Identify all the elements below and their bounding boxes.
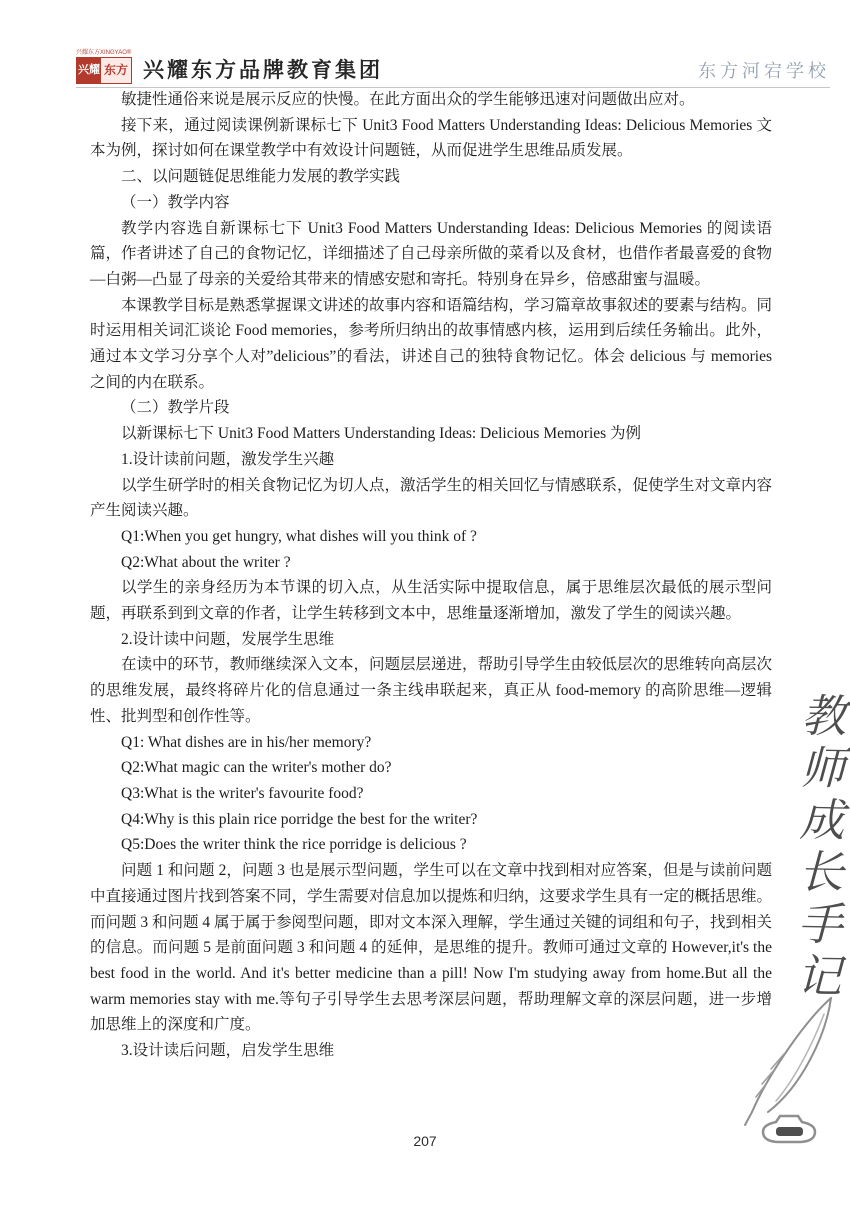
question-line: Q3:What is the writer's favourite food? — [90, 781, 772, 807]
section-heading: 1.设计读前问题，激发学生兴趣 — [90, 447, 772, 473]
section-heading: （二）教学片段 — [90, 395, 772, 421]
brand-title: 兴耀东方品牌教育集团 — [143, 60, 383, 84]
section-heading: 2.设计读中问题，发展学生思维 — [90, 627, 772, 653]
paragraph: 以学生的亲身经历为本节课的切入点，从生活实际中提取信息，属于思维层次最低的展示型… — [90, 575, 772, 626]
question-line: Q4:Why is this plain rice porridge the b… — [90, 807, 772, 833]
logo-seal-icon: 兴耀 东方 — [76, 57, 132, 84]
document-body: 敏捷性通俗来说是展示反应的快慢。在此方面出众的学生能够迅速对问题做出应对。 接下… — [90, 87, 772, 1064]
calligraphy-watermark: 教师成长手记 — [792, 692, 842, 1005]
page-header: 兴耀东方XINGYAO® 兴耀 东方 兴耀东方品牌教育集团 东方河宕学校 — [76, 44, 830, 88]
paragraph: 本课教学目标是熟悉掌握课文讲述的故事内容和语篇结构，学习篇章故事叙述的要素与结构… — [90, 293, 772, 396]
logo-registered-text: 兴耀东方XINGYAO® — [76, 50, 134, 57]
section-heading: （一）教学内容 — [90, 190, 772, 216]
paragraph: 接下来，通过阅读课例新课标七下 Unit3 Food Matters Under… — [90, 113, 772, 164]
question-line: Q2:What about the writer ? — [90, 550, 772, 576]
paragraph: 以学生研学时的相关食物记忆为切人点，激活学生的相关回忆与情感联系，促使学生对文章… — [90, 473, 772, 524]
section-heading: 3.设计读后问题，启发学生思维 — [90, 1038, 772, 1064]
paragraph: 在读中的环节，教师继续深入文本，问题层层递进，帮助引导学生由较低层次的思维转向高… — [90, 652, 772, 729]
question-line: Q5:Does the writer think the rice porrid… — [90, 832, 772, 858]
school-name: 东方河宕学校 — [698, 62, 830, 84]
logo-seal-right: 东方 — [101, 58, 131, 83]
paragraph: 问题 1 和问题 2，问题 3 也是展示型问题，学生可以在文章中找到相对应答案，… — [90, 858, 772, 1038]
paragraph: 以新课标七下 Unit3 Food Matters Understanding … — [90, 421, 772, 447]
paragraph: 教学内容选自新课标七下 Unit3 Food Matters Understan… — [90, 216, 772, 293]
question-line: Q1: What dishes are in his/her memory? — [90, 730, 772, 756]
question-line: Q2:What magic can the writer's mother do… — [90, 755, 772, 781]
quill-pen-icon — [738, 990, 838, 1155]
brand-block: 兴耀东方XINGYAO® 兴耀 东方 兴耀东方品牌教育集团 — [76, 50, 383, 84]
paragraph: 敏捷性通俗来说是展示反应的快慢。在此方面出众的学生能够迅速对问题做出应对。 — [90, 87, 772, 113]
page-number: 207 — [0, 1133, 850, 1149]
brand-logo: 兴耀东方XINGYAO® 兴耀 东方 — [76, 50, 134, 84]
logo-seal-left: 兴耀 — [77, 58, 101, 83]
question-line: Q1:When you get hungry, what dishes will… — [90, 524, 772, 550]
section-heading: 二、以问题链促思维能力发展的教学实践 — [90, 164, 772, 190]
